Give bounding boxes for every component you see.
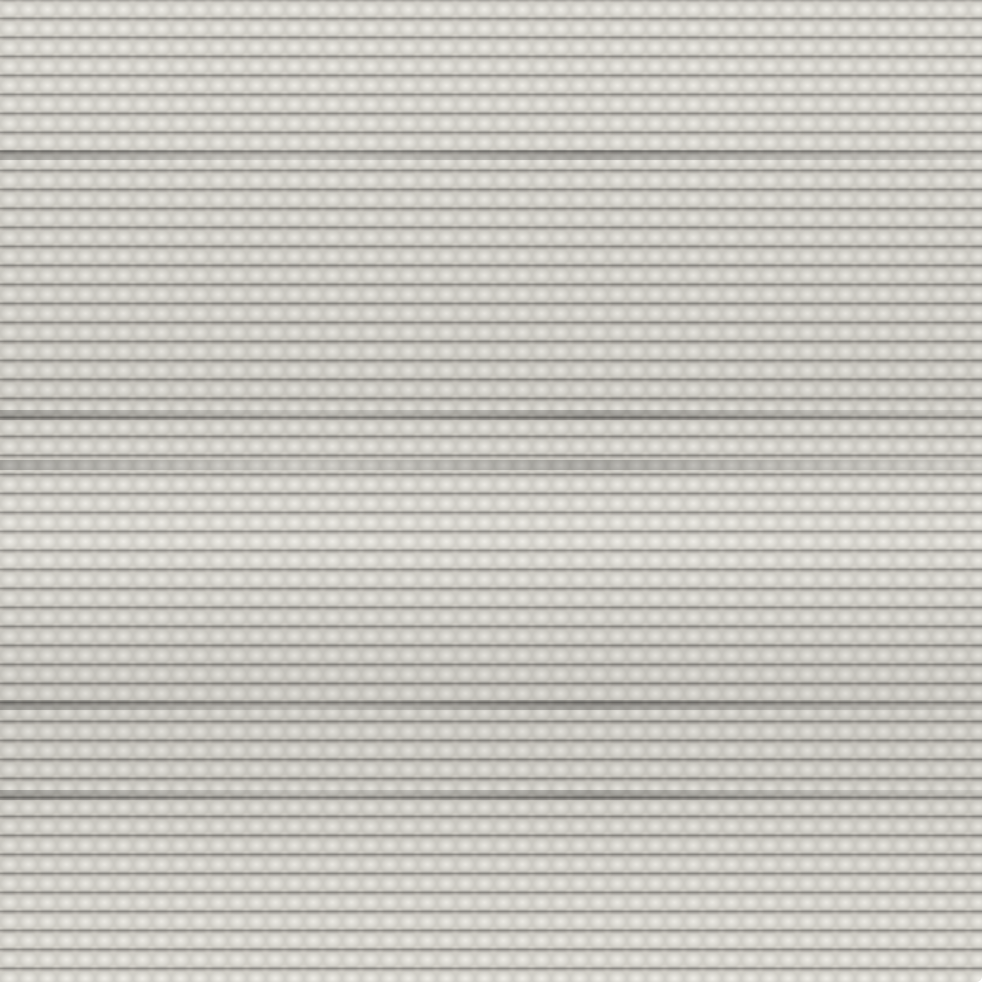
lighting-overlay — [0, 0, 982, 982]
